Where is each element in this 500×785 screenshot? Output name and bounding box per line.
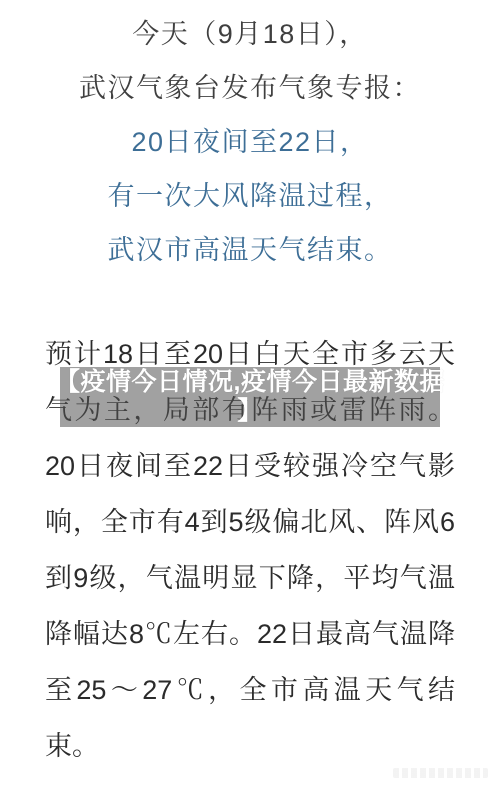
weather-bulletin-image: 今天（9月18日）， 武汉气象台发布气象专报： 20日夜间至22日， 有一次大风… <box>0 0 500 785</box>
caption-overlay-band: 【疫情今日情况,疫情今日最新数据 】 <box>60 367 440 427</box>
forecast-line: 束。 <box>45 718 455 774</box>
headline-period-line: 20日夜间至22日， <box>0 112 500 166</box>
caption-text-line1: 【疫情今日情况,疫情今日最新数据 <box>55 368 445 397</box>
bulletin-header: 今天（9月18日）， 武汉气象台发布气象专报： 20日夜间至22日， 有一次大风… <box>0 0 500 274</box>
headline-date-line: 今天（9月18日）， <box>0 4 500 58</box>
forecast-line: 至25～27℃，全市高温天气结 <box>45 662 455 718</box>
headline-event-line: 有一次大风降温过程， <box>0 166 500 220</box>
forecast-line: 到9级，气温明显下降，平均气温 <box>45 550 455 606</box>
forecast-line: 响，全市有4到5级偏北风、阵风6 <box>45 494 455 550</box>
headline-source-line: 武汉气象台发布气象专报： <box>0 58 500 112</box>
forecast-line: 降幅达8℃左右。22日最高气温降 <box>45 606 455 662</box>
headline-result-line: 武汉市高温天气结束。 <box>0 220 500 274</box>
watermark <box>393 768 488 778</box>
forecast-line: 20日夜间至22日受较强冷空气影 <box>45 438 455 494</box>
caption-text-line2: 】 <box>237 397 263 426</box>
